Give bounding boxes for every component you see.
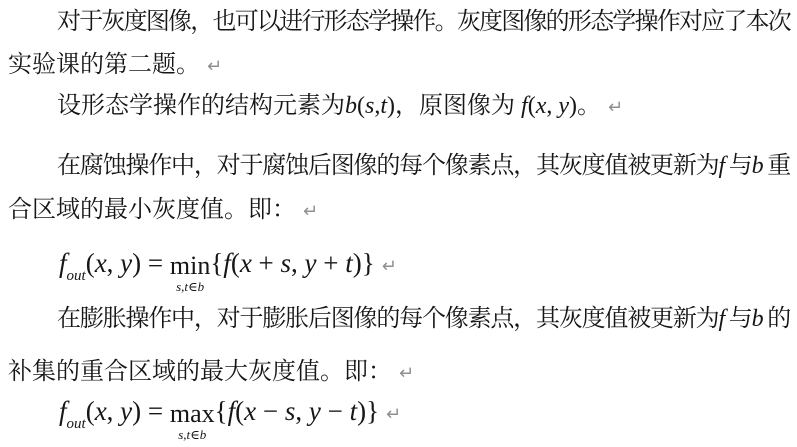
- math-variable: x: [240, 248, 252, 278]
- math-variable: b: [752, 153, 763, 179]
- math-punctuation: ,: [295, 396, 309, 426]
- math-punctuation: ,: [291, 248, 305, 278]
- math-punctuation: (: [357, 93, 365, 119]
- math-punctuation: −: [321, 396, 350, 426]
- math-variable: y: [120, 248, 132, 278]
- para1-line1: 对于灰度图像，也可以进行形态学操作。灰度图像的形态学操作对应了本次: [57, 9, 790, 37]
- math-variable: f: [521, 93, 528, 119]
- math-punctuation: ,: [107, 396, 121, 426]
- math-punctuation: (: [528, 93, 536, 119]
- body-text: 。: [577, 93, 601, 119]
- body-text: 与: [729, 306, 752, 332]
- body-text: ，原图像为: [395, 93, 515, 119]
- math-variable: b: [345, 93, 357, 119]
- math-punctuation: ) =: [132, 396, 170, 426]
- paragraph-mark-icon: ↵: [608, 97, 623, 118]
- dilation-formula: fout(x, y) = maxs,t∈b{f(x − s, y − t)}↵: [59, 396, 401, 441]
- body-text: 的: [767, 306, 790, 332]
- math-variable: s: [365, 93, 374, 119]
- math-punctuation: (: [86, 248, 95, 278]
- math-variable: t: [380, 93, 387, 119]
- math-variable: t: [345, 248, 353, 278]
- erosion-formula: fout(x, y) = mins,t∈b{f(x + s, y + t)}↵: [59, 248, 397, 293]
- paragraph-mark-icon: ↵: [303, 201, 318, 222]
- math-punctuation: {: [210, 248, 223, 278]
- math-punctuation: ): [387, 93, 395, 119]
- body-text: 补集的重合区域的最大灰度值。即：: [8, 359, 392, 385]
- math-punctuation: )}: [357, 396, 379, 426]
- math-punctuation: −: [256, 396, 285, 426]
- math-punctuation: )}: [353, 248, 375, 278]
- math-variable: y: [305, 248, 317, 278]
- min-max-operator: mins,t∈b: [170, 252, 210, 293]
- math-punctuation: ) =: [132, 248, 170, 278]
- body-text: 设形态学操作的结构元素为: [57, 93, 345, 119]
- math-variable: x: [244, 396, 256, 426]
- math-subscript: out: [67, 268, 86, 284]
- math-punctuation: (: [86, 396, 95, 426]
- body-text: 合区域的最小灰度值。即：: [8, 197, 296, 223]
- body-text: 与: [729, 153, 752, 179]
- paragraph-mark-icon: ↵: [382, 256, 397, 277]
- paragraph-mark-icon: ↵: [207, 56, 222, 77]
- para3-line1: 在腐蚀操作中，对于腐蚀后图像的每个像素点，其灰度值被更新为f 与b 重: [57, 153, 790, 181]
- body-text: 重: [767, 153, 790, 179]
- paragraph-mark-icon: ↵: [399, 363, 414, 384]
- math-punctuation: ,: [546, 93, 558, 119]
- math-variable: f: [223, 248, 231, 278]
- math-punctuation: {: [215, 396, 228, 426]
- para2-line1: 设形态学操作的结构元素为b(s,t)，原图像为 f(x, y)。↵: [57, 93, 623, 121]
- operator-name: min: [170, 252, 210, 280]
- math-variable: y: [558, 93, 569, 119]
- min-max-operator: maxs,t∈b: [170, 400, 215, 441]
- para4-line1: 在膨胀操作中，对于膨胀后图像的每个像素点，其灰度值被更新为f 与b 的: [57, 306, 790, 334]
- paragraph-mark-icon: ↵: [386, 404, 401, 425]
- math-variable: b: [752, 306, 763, 332]
- math-punctuation: +: [317, 248, 346, 278]
- math-variable: s: [285, 396, 296, 426]
- para4-line2: 补集的重合区域的最大灰度值。即：↵: [8, 359, 414, 387]
- math-punctuation: ): [569, 93, 577, 119]
- body-text: 在膨胀操作中，对于膨胀后图像的每个像素点，其灰度值被更新为: [57, 306, 718, 332]
- math-variable: y: [120, 396, 132, 426]
- math-variable: f: [228, 396, 236, 426]
- operator-subscript: s,t∈b: [170, 280, 210, 293]
- body-text: 在腐蚀操作中，对于腐蚀后图像的每个像素点，其灰度值被更新为: [57, 153, 718, 179]
- math-variable: f: [59, 396, 67, 426]
- math-punctuation: (: [231, 248, 240, 278]
- math-punctuation: ,: [107, 248, 121, 278]
- math-subscript: out: [67, 416, 86, 432]
- math-variable: y: [309, 396, 321, 426]
- para1-line2: 实验课的第二题。↵: [8, 52, 222, 80]
- math-punctuation: +: [252, 248, 281, 278]
- math-variable: f: [59, 248, 67, 278]
- math-variable: x: [95, 396, 107, 426]
- math-variable: x: [536, 93, 547, 119]
- operator-name: max: [170, 400, 215, 428]
- document-body: 对于灰度图像，也可以进行形态学操作。灰度图像的形态学操作对应了本次实验课的第二题…: [0, 0, 797, 447]
- math-variable: t: [350, 396, 358, 426]
- math-variable: s: [281, 248, 292, 278]
- math-punctuation: (: [235, 396, 244, 426]
- body-text: 对于灰度图像，也可以进行形态学操作。灰度图像的形态学操作对应了本次: [57, 9, 790, 35]
- operator-subscript: s,t∈b: [170, 428, 215, 441]
- para3-line2: 合区域的最小灰度值。即：↵: [8, 197, 318, 225]
- body-text: 实验课的第二题。: [8, 52, 200, 78]
- math-variable: x: [95, 248, 107, 278]
